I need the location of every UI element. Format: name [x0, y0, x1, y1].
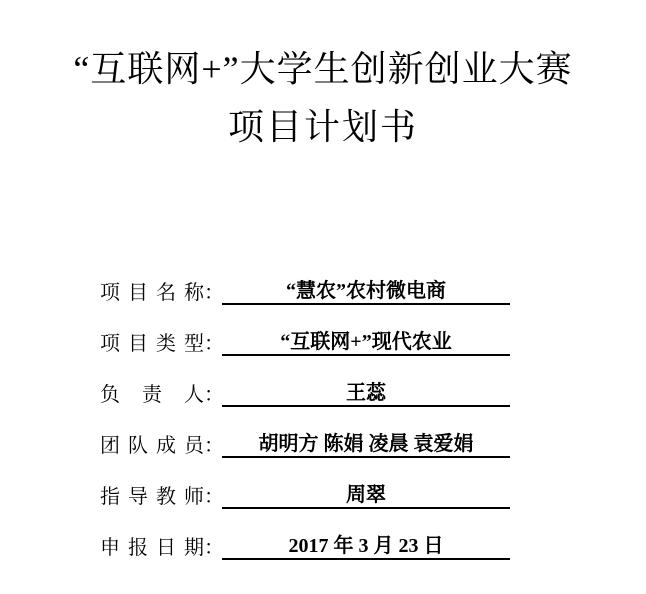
label-colon: ： — [204, 485, 224, 509]
label-colon: ： — [204, 536, 224, 560]
field-row-team-members: 团队成员： 胡明方 陈娟 凌晨 袁爱娟 — [100, 432, 510, 458]
field-label: 指导教师： — [100, 485, 218, 509]
field-row-project-type: 项目类型： “互联网+”现代农业 — [100, 330, 510, 356]
field-underline: 胡明方 陈娟 凌晨 袁爱娟 — [222, 432, 510, 458]
field-underline: 2017 年 3 月 23 日 — [222, 534, 510, 560]
label-colon: ： — [204, 434, 224, 458]
title-line-1: “互联网+”大学生创新创业大赛 — [0, 40, 646, 98]
field-row-advisor: 指导教师： 周翠 — [100, 483, 510, 509]
cover-form: 项目名称： “慧农”农村微电商 项目类型： “互联网+”现代农业 负责人： 王蕊… — [100, 279, 510, 585]
field-value: 胡明方 陈娟 凌晨 袁爱娟 — [259, 433, 474, 455]
field-label: 团队成员： — [100, 434, 218, 458]
field-value: “慧农”农村微电商 — [286, 280, 446, 302]
label-colon: ： — [204, 281, 224, 305]
field-underline: 王蕊 — [222, 381, 510, 407]
field-underline: “慧农”农村微电商 — [222, 279, 510, 305]
field-value: 2017 年 3 月 23 日 — [289, 535, 444, 557]
field-row-application-date: 申报日期： 2017 年 3 月 23 日 — [100, 534, 510, 560]
label-colon: ： — [204, 383, 224, 407]
field-value: “互联网+”现代农业 — [280, 331, 451, 353]
field-value: 王蕊 — [346, 382, 386, 404]
field-row-project-name: 项目名称： “慧农”农村微电商 — [100, 279, 510, 305]
field-label: 负责人： — [100, 383, 218, 407]
field-label: 项目类型： — [100, 332, 218, 356]
title-line-2: 项目计划书 — [0, 98, 646, 156]
field-underline: 周翠 — [222, 483, 510, 509]
field-label: 申报日期： — [100, 536, 218, 560]
field-row-leader: 负责人： 王蕊 — [100, 381, 510, 407]
label-colon: ： — [204, 332, 224, 356]
field-value: 周翠 — [346, 484, 386, 506]
field-label: 项目名称： — [100, 281, 218, 305]
document-page: “互联网+”大学生创新创业大赛 项目计划书 项目名称： “慧农”农村微电商 项目… — [0, 0, 646, 594]
document-title: “互联网+”大学生创新创业大赛 项目计划书 — [0, 40, 646, 156]
field-underline: “互联网+”现代农业 — [222, 330, 510, 356]
